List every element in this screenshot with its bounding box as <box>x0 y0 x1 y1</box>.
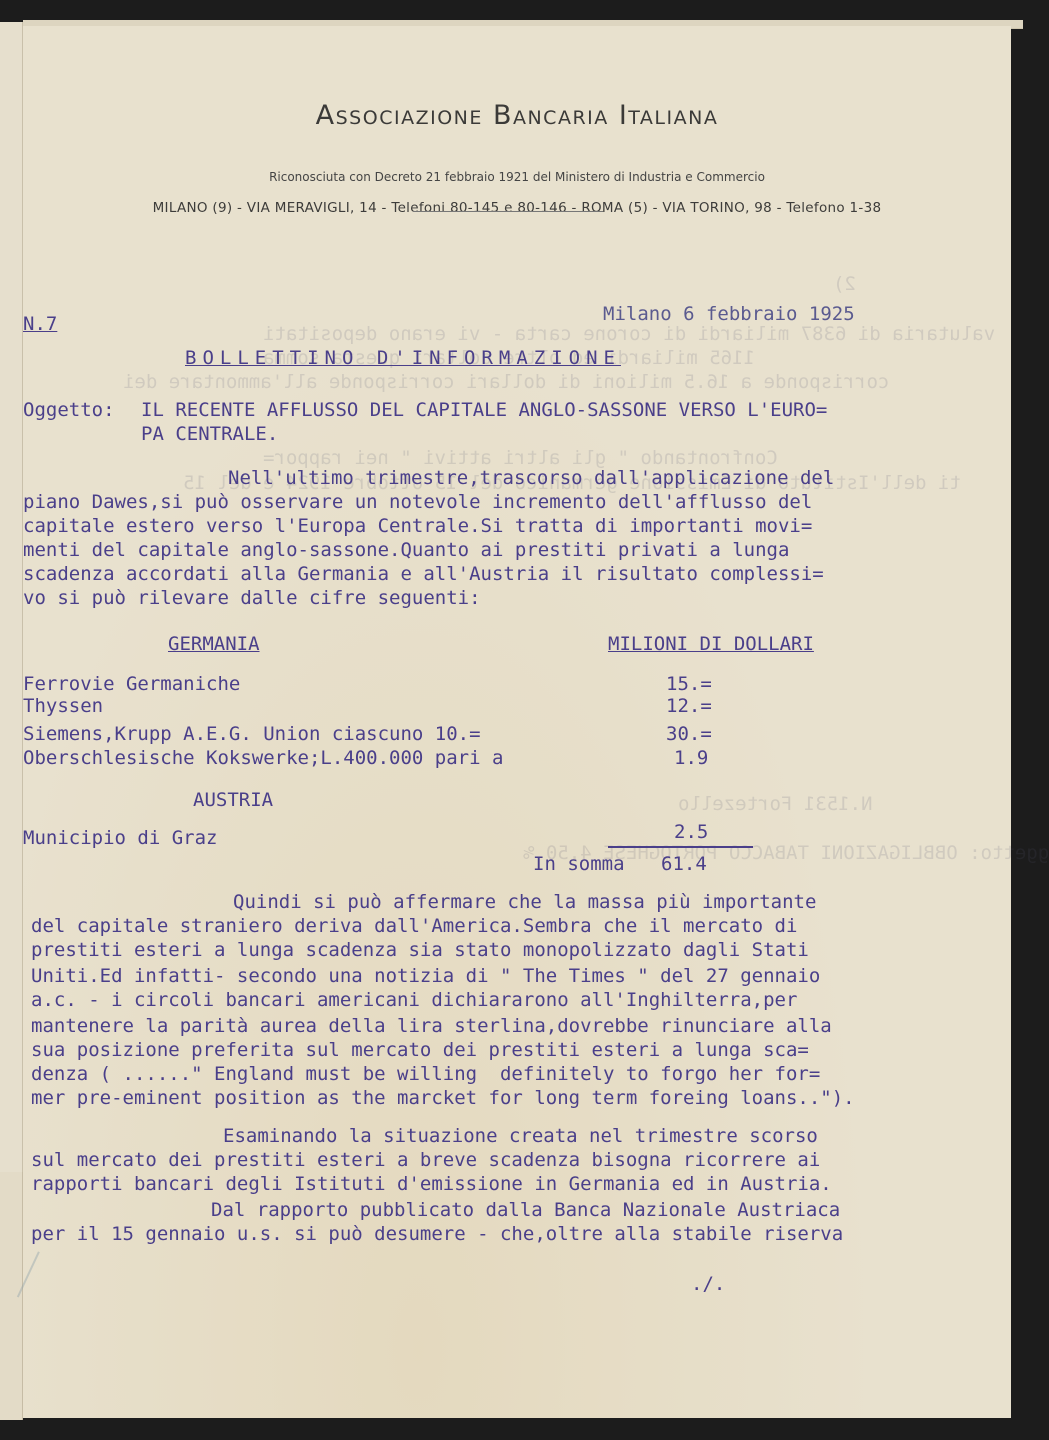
paragraph-line: scadenza accordati alla Germania e all'A… <box>23 562 824 586</box>
total-label: In somma <box>533 852 625 876</box>
paragraph-line: rapporti bancari degli Istituti d'emissi… <box>31 1172 832 1196</box>
subject-line-1: IL RECENTE AFFLUSSO DEL CAPITALE ANGLO-S… <box>141 398 827 422</box>
total-value: 61.4 <box>661 852 707 876</box>
paragraph-line: sua posizione preferita sul mercato dei … <box>31 1038 809 1062</box>
letterhead-subtitle: Riconosciuta con Decreto 21 febbraio 192… <box>23 170 1011 184</box>
paragraph-line: menti del capitale anglo-sassone.Quanto … <box>23 538 789 562</box>
document-page: 2) valutaria di 6387 miliardi di corone … <box>23 26 1011 1418</box>
paragraph-line: Uniti.Ed infatti- secondo una notizia di… <box>31 964 820 988</box>
paragraph-line: per il 15 gennaio u.s. si può desumere -… <box>31 1222 843 1246</box>
table-header-units: MILIONI DI DOLLARI <box>608 632 814 656</box>
letterhead-address: MILANO (9) - VIA MERAVIGLI, 14 - Telefon… <box>23 200 1011 216</box>
paragraph-line: a.c. - i circoli bancari americani dichi… <box>31 988 797 1012</box>
table-row-name: Oberschlesische Kokswerke;L.400.000 pari… <box>23 746 503 770</box>
table-row-value: 2.5 <box>674 820 708 844</box>
bulletin-number: N.7 <box>23 312 57 336</box>
table-row-name: Ferrovie Germaniche <box>23 672 240 696</box>
previous-page-edge <box>0 22 23 1172</box>
subject-line-2: PA CENTRALE. <box>141 422 278 446</box>
table-row-name: Municipio di Graz <box>23 826 217 850</box>
place-date: Milano 6 febbraio 1925 <box>603 302 855 326</box>
paragraph-line: Nell'ultimo trimestre,trascorso dall'app… <box>228 466 834 490</box>
letterhead-title: Associazione Bancaria Italiana <box>23 100 1011 131</box>
subject-label: Oggetto: <box>23 398 115 422</box>
bleed-line: corrisponde a 16.5 milioni di dollari co… <box>123 370 889 394</box>
table-row-value: 1.9 <box>674 746 708 770</box>
paragraph-line: del capitale straniero deriva dall'Ameri… <box>31 914 797 938</box>
paragraph-line: Dal rapporto pubblicato dalla Banca Nazi… <box>211 1198 840 1222</box>
table-row-value: 15.= <box>666 672 712 696</box>
paragraph-line: Esaminando la situazione creata nel trim… <box>223 1124 818 1148</box>
table-row-name: Thyssen <box>23 694 103 718</box>
table-header-germania: GERMANIA <box>168 632 260 656</box>
bleed-page-number: 2) <box>833 272 856 296</box>
paragraph-line: prestiti esteri a lunga scadenza sia sta… <box>31 938 809 962</box>
paragraph-line: mantenere la parità aurea della lira ste… <box>31 1014 832 1038</box>
bleed-line: N.1531 Fortezello <box>678 792 872 816</box>
total-rule <box>608 846 753 848</box>
paragraph-line: mer pre-eminent position as the marcket … <box>31 1086 855 1110</box>
table-row-value: 30.= <box>666 722 712 746</box>
letterhead-divider <box>413 211 603 212</box>
paragraph-line: sul mercato dei prestiti esteri a breve … <box>31 1148 820 1172</box>
paragraph-line: vo si può rilevare dalle cifre seguenti: <box>23 586 481 610</box>
paragraph-line: piano Dawes,si può osservare un notevole… <box>23 490 812 514</box>
table-row-value: 12.= <box>666 694 712 718</box>
bulletin-title: BOLLETTINO D'INFORMAZIONE <box>185 346 621 370</box>
table-row-name: Siemens,Krupp A.E.G. Union ciascuno 10.= <box>23 722 481 746</box>
paragraph-line: capitale estero verso l'Europa Centrale.… <box>23 514 812 538</box>
continuation-mark: ./. <box>691 1272 725 1296</box>
paragraph-line: denza ( ......" England must be willing … <box>31 1062 820 1086</box>
table-section-austria: AUSTRIA <box>193 788 273 812</box>
paragraph-line: Quindi si può affermare che la massa più… <box>233 890 816 914</box>
